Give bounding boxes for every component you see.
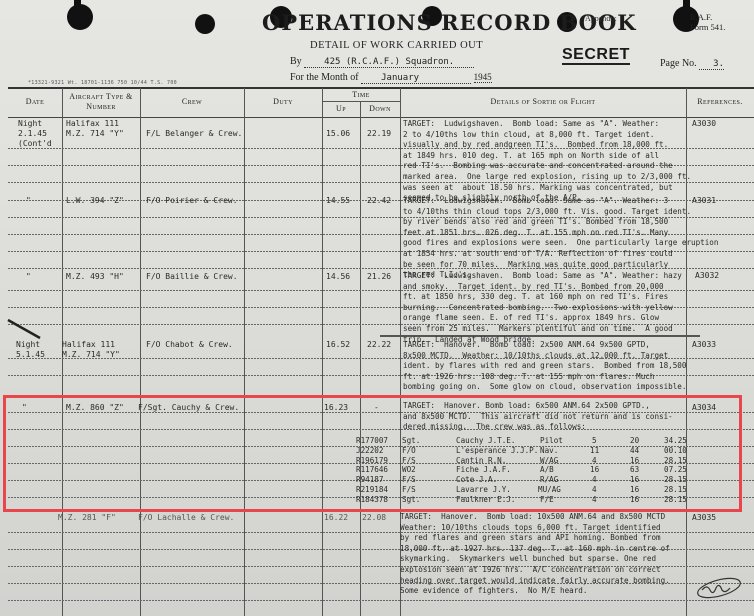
header-time: Time xyxy=(322,90,400,99)
col-divider xyxy=(322,88,323,616)
col-divider xyxy=(360,102,361,616)
table-top-border xyxy=(8,87,754,89)
sortie-details: TARGET: Hanover. Bomb load: 10x500 ANM.6… xyxy=(400,512,670,597)
reference-cell: A3032 xyxy=(695,271,719,281)
sortie-details: TARGET: Ludwigshaven. Bomb load: Same as… xyxy=(403,119,691,204)
header-details: Details of Sortie or Flight xyxy=(400,97,686,106)
appendix-label: Appendix xyxy=(585,14,617,23)
header-time-up: Up xyxy=(322,104,360,113)
binder-hole-icon xyxy=(195,14,215,34)
date-cell: " xyxy=(26,196,31,206)
crew-cell: F/L Belanger & Crew. xyxy=(146,129,242,139)
date-cell: Night 2.1.45 (Cont'd xyxy=(18,119,52,149)
aircraft-type: Halifax 111 xyxy=(62,340,120,350)
handwritten-initials-icon xyxy=(694,576,744,600)
page-title: OPERATIONS RECORD BOOK xyxy=(262,10,637,35)
aircraft-cell: Halifax 111 M.Z. 714 "Y" xyxy=(66,119,124,139)
header-crew: Crew xyxy=(140,97,244,106)
month-line: For the Month of January 1945 xyxy=(290,72,492,84)
classification-stamp: SECRET xyxy=(562,46,630,65)
header-duty: Duty xyxy=(244,97,322,106)
aircraft-cell: Halifax 111 M.Z. 714 "Y" xyxy=(62,340,120,360)
aircraft-number: M.Z. 714 "Y" xyxy=(66,129,124,139)
reference-cell: A3030 xyxy=(692,119,716,129)
crew-cell: F/O Lachalle & Crew. xyxy=(138,513,234,523)
page-number-value: 3. xyxy=(699,59,724,70)
sortie-details: TARGET: Ludwigshaven. Bomb load: Same as… xyxy=(403,271,682,345)
pen-stroke-icon xyxy=(6,318,42,340)
year-value: 1945 xyxy=(474,72,492,83)
time-up-cell: 16.52 xyxy=(326,340,350,350)
squadron-line: By 425 (R.C.A.F.) Squadron. xyxy=(290,56,474,68)
time-up-cell: 15.06 xyxy=(326,129,350,139)
print-code: *13321-9321 Wt. 18701-1136 750 10/44 T.S… xyxy=(28,80,177,86)
header-date: Date xyxy=(8,97,62,106)
date-line: 2.1.45 xyxy=(18,129,52,139)
header-bottom-border xyxy=(8,117,754,118)
header-aircraft: Aircraft Type & Number xyxy=(64,92,138,112)
reference-cell: A3033 xyxy=(692,340,716,350)
col-divider xyxy=(140,88,141,616)
aircraft-cell: M.Z. 493 "H" xyxy=(66,272,124,282)
reference-cell: A3031 xyxy=(692,196,716,206)
month-value: January xyxy=(361,73,471,84)
binder-hole-icon xyxy=(67,4,93,30)
date-line: Night xyxy=(18,119,52,129)
time-subheader-border xyxy=(322,101,400,102)
page-number-line: Page No. 3. xyxy=(660,58,724,69)
time-up-cell: 14.55 xyxy=(326,196,350,206)
sortie-details: TARGET: Ludwigshaven. Bomb load: Same as… xyxy=(403,196,718,281)
time-up-cell: 14.56 xyxy=(326,272,350,282)
time-down-cell: 22.22 xyxy=(367,340,391,350)
form-number: Form 541. xyxy=(690,22,725,32)
col-divider xyxy=(244,88,245,616)
time-up-cell: 16.22 xyxy=(324,513,348,523)
time-down-cell: 21.26 xyxy=(367,272,391,282)
date-cell: Night 5.1.45 xyxy=(16,340,45,360)
time-down-cell: 22.19 xyxy=(367,129,391,139)
reference-cell: A3035 xyxy=(692,513,716,523)
crew-cell: F/O Poirier & Crew. xyxy=(146,196,238,206)
header-time-down: Down xyxy=(360,104,400,113)
aircraft-number: M.Z. 714 "Y" xyxy=(62,350,120,360)
time-down-cell: 22.08 xyxy=(362,513,386,523)
form-label: R.A.F. Form 541. xyxy=(690,12,725,32)
squadron-value: 425 (R.C.A.F.) Squadron. xyxy=(304,57,474,68)
missing-aircraft-highlight xyxy=(3,395,742,512)
operations-record-book-page: OPERATIONS RECORD BOOK DETAIL OF WORK CA… xyxy=(0,0,754,616)
date-cell: " xyxy=(26,272,31,282)
aircraft-cell: M.Z. 281 "F" xyxy=(58,513,116,523)
month-label: For the Month of xyxy=(290,72,359,83)
header-references: References. xyxy=(686,97,754,106)
aircraft-cell: L.W. 394 "Z" xyxy=(66,196,124,206)
date-line: (Cont'd xyxy=(18,139,52,149)
crew-cell: F/O Chabot & Crew. xyxy=(146,340,233,350)
aircraft-type: Halifax 111 xyxy=(66,119,124,129)
form-org: R.A.F. xyxy=(690,12,725,22)
page-number-label: Page No. xyxy=(660,58,697,69)
date-line: Night xyxy=(16,340,45,350)
time-down-cell: 22.42 xyxy=(367,196,391,206)
by-label: By xyxy=(290,56,302,67)
row-rule xyxy=(8,600,754,601)
date-line: 5.1.45 xyxy=(16,350,45,360)
crew-cell: F/O Baillie & Crew. xyxy=(146,272,238,282)
page-subtitle: DETAIL OF WORK CARRIED OUT xyxy=(310,40,483,51)
sortie-details: TARGET: Hanover. Bomb load: 2x500 ANM.64… xyxy=(403,340,686,393)
